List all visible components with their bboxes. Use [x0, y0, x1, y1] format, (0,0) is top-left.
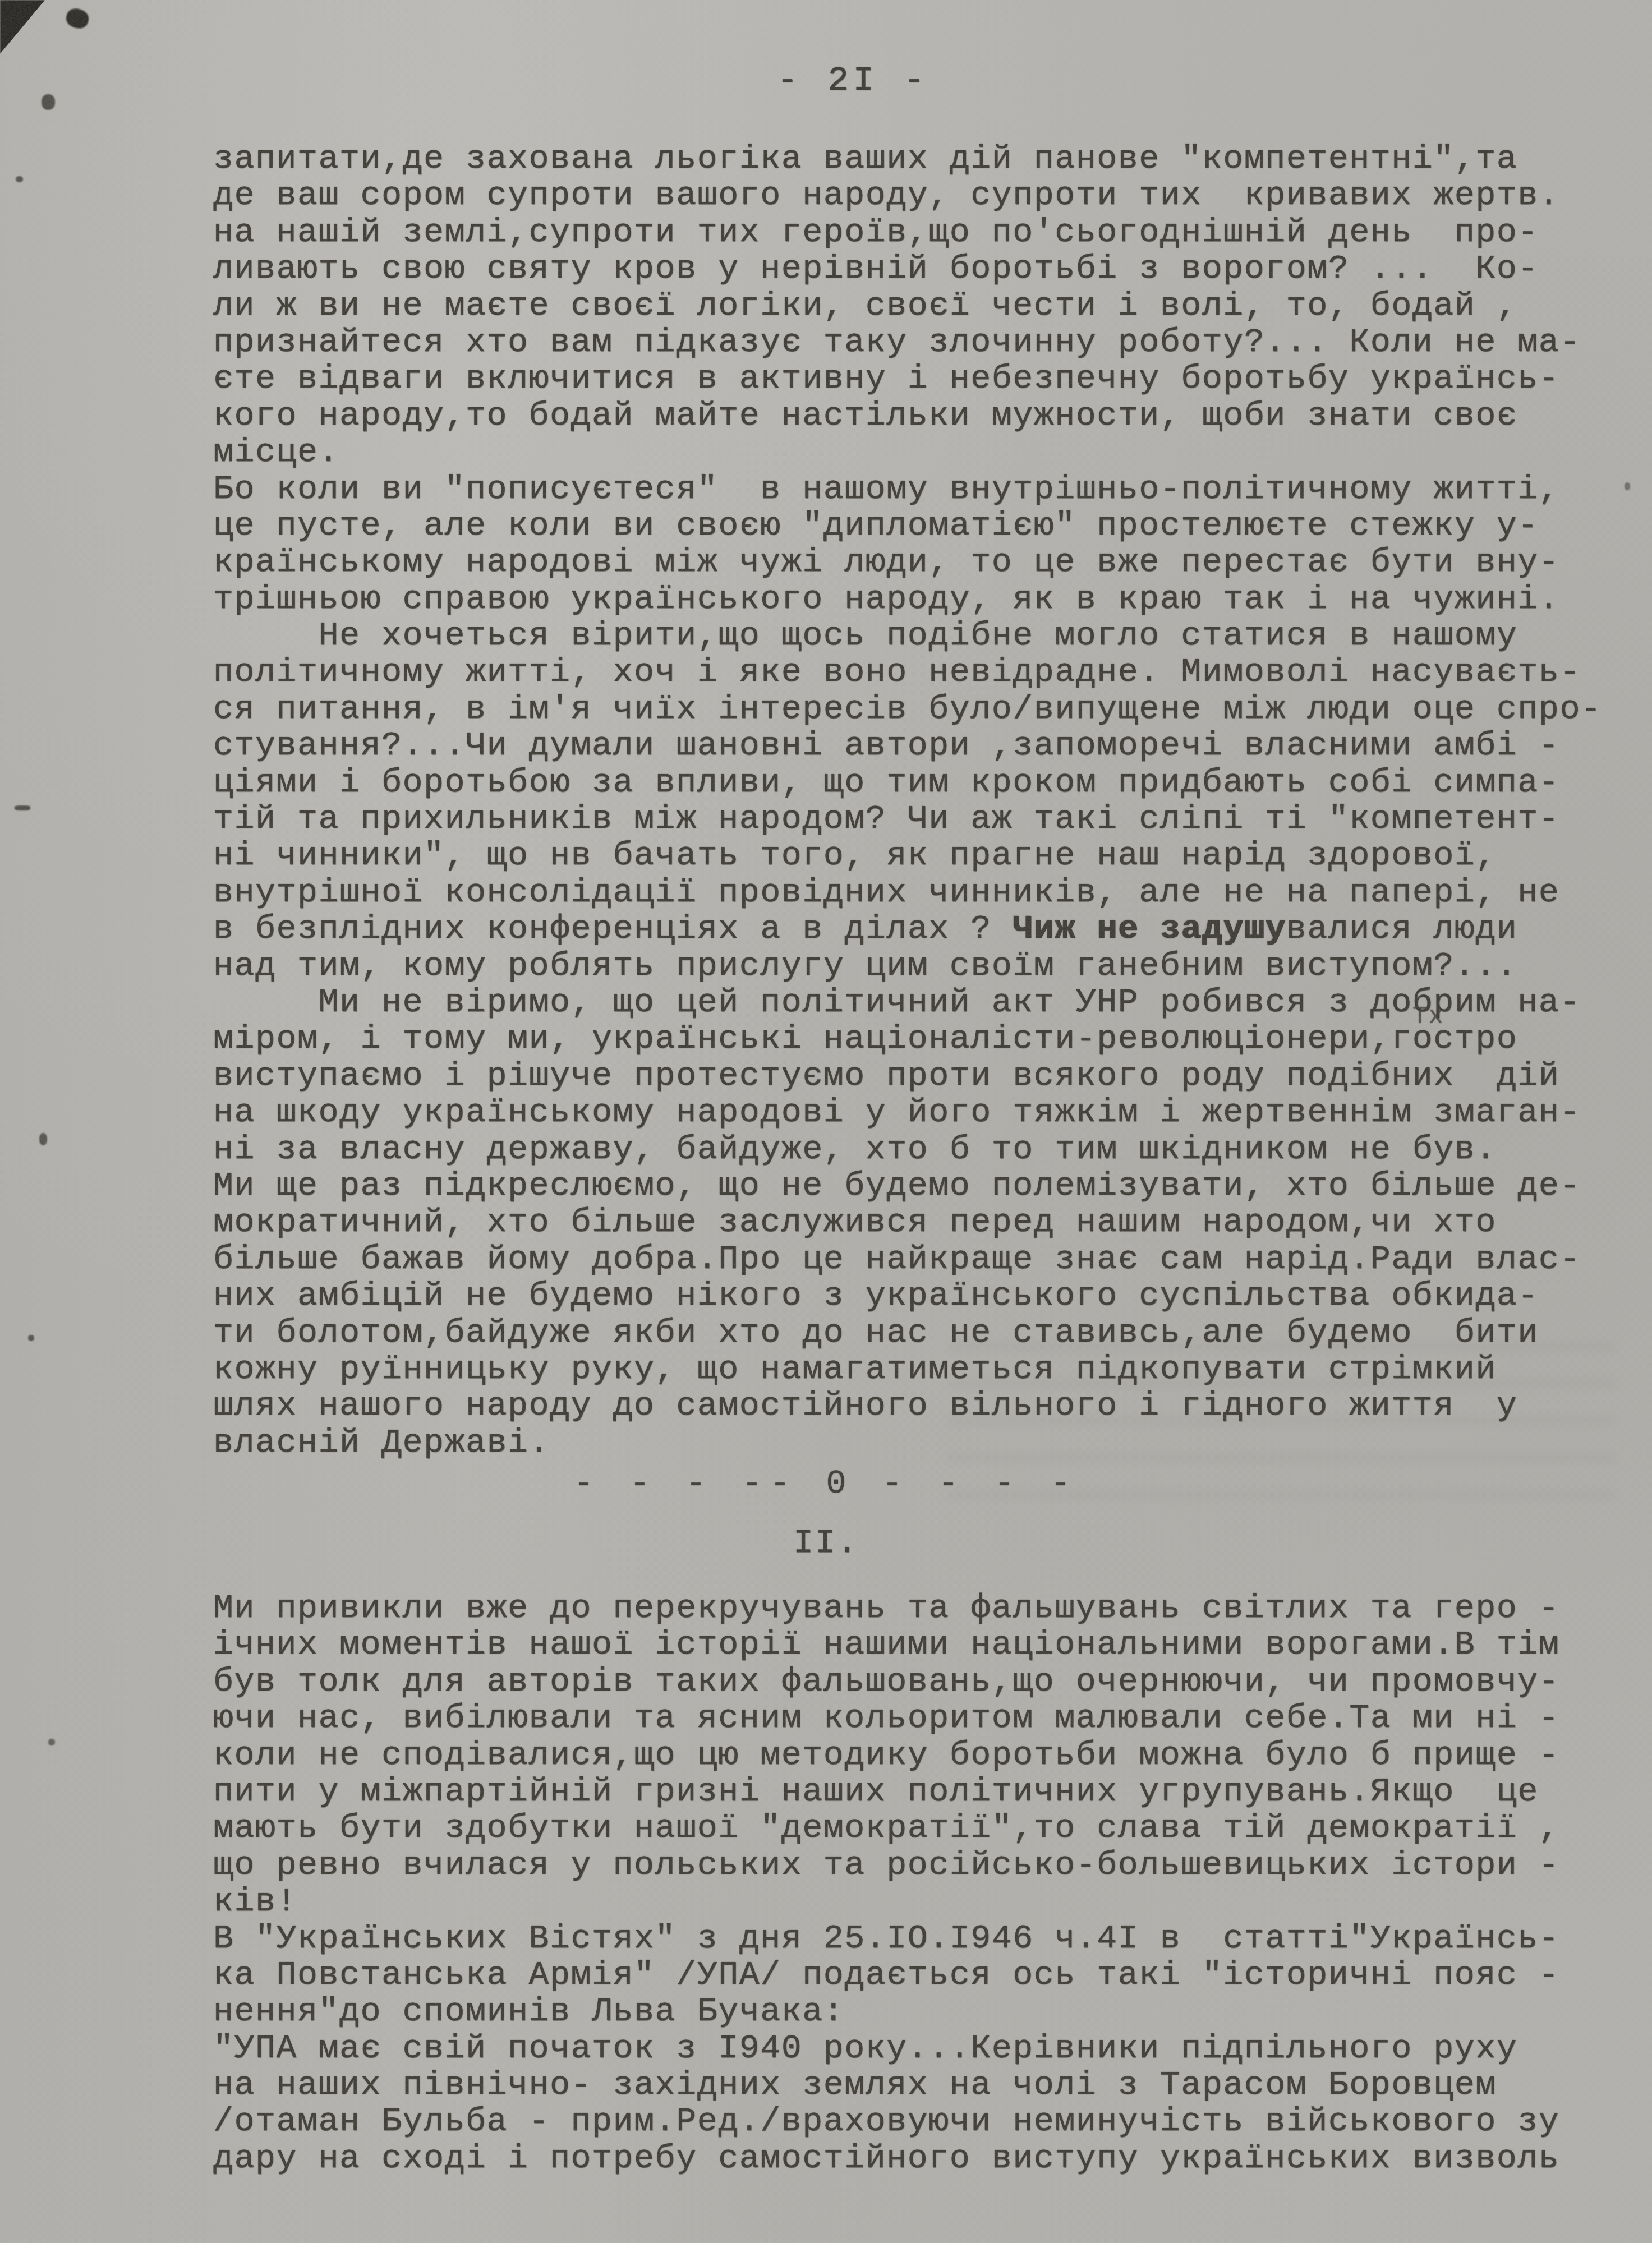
text-line: трішньою справою українського народу, як…	[213, 582, 1602, 618]
text-line: внутрішної консолідації провідних чинник…	[213, 875, 1602, 911]
section-separator-dashes: - - - -- 0 - - - -	[573, 1465, 1078, 1503]
text-line: "УПА має свій початок з I940 року...Кері…	[213, 2031, 1559, 2067]
page-number: - 2I -	[777, 61, 929, 100]
overtype-artifact: Тх	[1412, 1003, 1444, 1031]
text-line: власній Державі.	[213, 1425, 1602, 1462]
ink-speck	[42, 94, 55, 110]
text-line: пити у міжпартійній гризні наших політич…	[213, 1774, 1559, 1811]
text-line: ся питання, в ім'я чиїх інтересів було/в…	[213, 692, 1602, 728]
ink-speck	[15, 805, 30, 810]
text-line: ціями і боротьбою за впливи, що тим крок…	[213, 765, 1602, 802]
text-line: мають бути здобутки нашої "демократії",т…	[213, 1811, 1559, 1847]
text-line: єте відваги включитися в активну і небез…	[213, 361, 1602, 398]
scanned-page-sheet: - 2I - запитати,де захована льогіка ваши…	[0, 0, 1652, 2243]
text-line: що ревно вчилася у польських та російськ…	[213, 1848, 1559, 1884]
text-line: шлях нашого народу до самостійного вільн…	[213, 1388, 1602, 1425]
text-line: ічних моментів нашої історії нашими наці…	[213, 1627, 1559, 1664]
text-line: на наших північно- західних землях на чо…	[213, 2067, 1559, 2104]
text-line: ків!	[213, 1884, 1559, 1920]
ink-speck	[39, 1133, 47, 1145]
text-line: признайтеся хто вам підказує таку злочин…	[213, 325, 1602, 361]
corner-scan-mark	[0, 0, 45, 54]
text-line: країнському народові між чужі люди, то ц…	[213, 545, 1602, 581]
section-heading: II.	[793, 1524, 859, 1563]
text-line: виступаємо і рішуче протестуємо проти вс…	[213, 1058, 1602, 1095]
text-line: стування?...Чи думали шановні автори ,за…	[213, 728, 1602, 764]
text-line: міром, і тому ми, українські націоналіст…	[213, 1021, 1602, 1058]
ink-speck	[16, 176, 23, 182]
ink-speck	[48, 1739, 55, 1745]
text-line: ка Повстанська Армія" /УПА/ подається ос…	[213, 1958, 1559, 1994]
text-line: коли не сподівалися,що цю методику борот…	[213, 1738, 1559, 1774]
text-line: над тим, кому роблять прислугу цим своїм…	[213, 948, 1602, 985]
text-line: Ми ще раз підкреслюємо, що не будемо пол…	[213, 1168, 1602, 1205]
text-line: Не хочеться вірити,що щось подібне могло…	[213, 618, 1602, 655]
text-line: політичному житті, хоч і яке воно невідр…	[213, 655, 1602, 691]
ink-speck	[28, 1335, 34, 1341]
text-line: В "Українських Вістях" з дня 25.IO.I946 …	[213, 1921, 1559, 1958]
text-line: кого народу,то бодай майте настільки муж…	[213, 398, 1602, 435]
paragraph-section-2: Ми привикли вже до перекручувань та фаль…	[213, 1591, 1559, 2177]
ink-speck	[64, 6, 91, 31]
text-line: на нашій землі,супроти тих героїв,що по'…	[213, 215, 1602, 251]
text-line: ливають свою святу кров у нерівній борот…	[213, 251, 1602, 288]
text-line: ли ж ви не маєте своєї логіки, своєї чес…	[213, 288, 1602, 325]
ink-speck	[1625, 482, 1630, 490]
text-line: них амбіцій не будемо нікого з українськ…	[213, 1278, 1602, 1315]
text-line: на шкоду українському народові у його тя…	[213, 1095, 1602, 1131]
text-line: тій та прихильників між народом? Чи аж т…	[213, 802, 1602, 838]
text-line: ні за власну державу, байдуже, хто б то …	[213, 1132, 1602, 1168]
text-line: більше бажав йому добра.Про це найкраще …	[213, 1242, 1602, 1278]
text-line: нення"до споминів Льва Бучака:	[213, 1994, 1559, 2030]
text-line: був толк для авторів таких фальшовань,що…	[213, 1664, 1559, 1701]
text-line: Ми не віримо, що цей політичний акт УНР …	[213, 985, 1602, 1021]
text-line: ні чинники", що нв бачать того, як прагн…	[213, 838, 1602, 874]
text-line: Ми привикли вже до перекручувань та фаль…	[213, 1591, 1559, 1627]
text-line: мократичний, хто більше заслужився перед…	[213, 1205, 1602, 1241]
text-line: це пусте, але коли ви своєю "дипломатією…	[213, 508, 1602, 545]
text-line: ючи нас, вибілювали та ясним кольоритом …	[213, 1701, 1559, 1737]
text-line: запитати,де захована льогіка ваших дій п…	[213, 141, 1602, 178]
text-line: місце.	[213, 435, 1602, 471]
paragraph-section-1: запитати,де захована льогіка ваших дій п…	[213, 141, 1602, 1462]
text-line: ти болотом,байдуже якби хто до нас не ст…	[213, 1315, 1602, 1352]
text-line: кожну руїнницьку руку, що намагатиметься…	[213, 1352, 1602, 1388]
text-line: дару на сході і потребу самостійного вис…	[213, 2141, 1559, 2177]
text-line: де ваш сором супроти вашого народу, супр…	[213, 178, 1602, 214]
text-line: /отаман Бульба - прим.Ред./враховуючи не…	[213, 2104, 1559, 2140]
text-line: Бо коли ви "пописуєтеся" в нашому внутрі…	[213, 472, 1602, 508]
text-line: в безплідних конференціях а в ділах ? Чи…	[213, 911, 1602, 948]
